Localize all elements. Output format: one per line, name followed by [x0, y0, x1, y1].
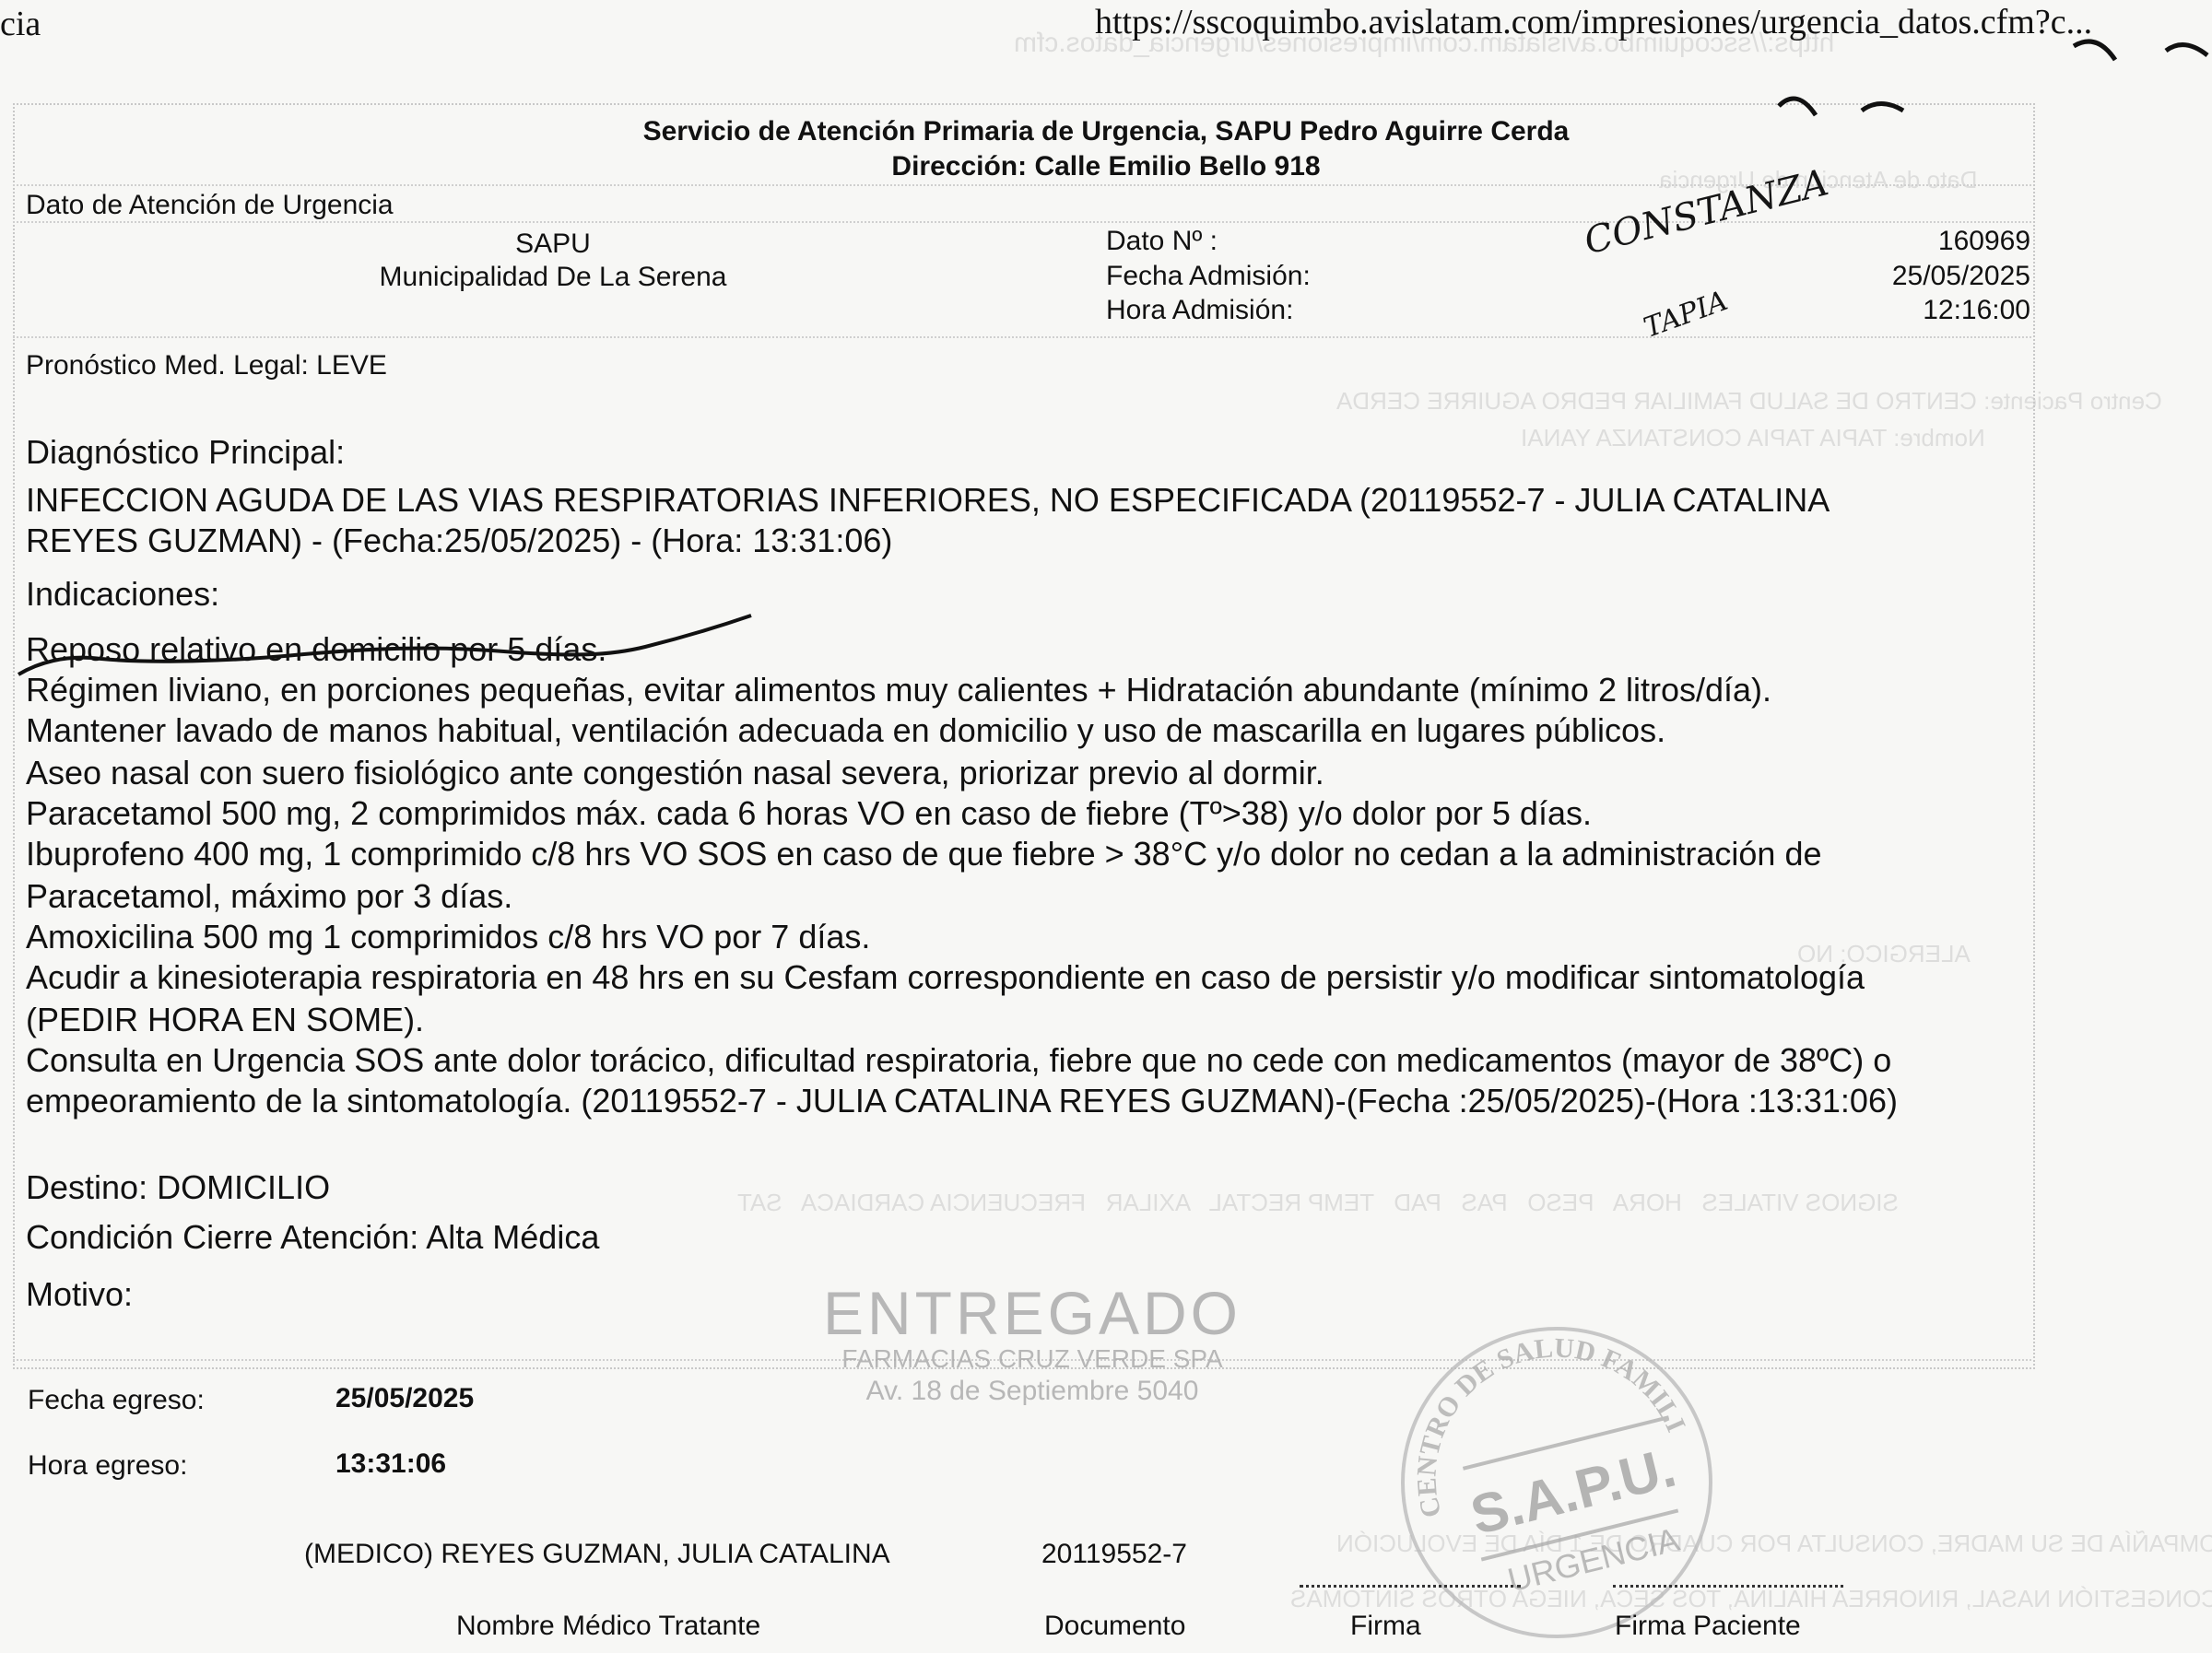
institution-name: SAPU	[323, 229, 783, 260]
label-firma: Firma	[1350, 1611, 1421, 1642]
label-firma-paciente: Firma Paciente	[1615, 1611, 1801, 1642]
indicacion-item: empeoramiento de la sintomatología. (201…	[26, 1082, 1898, 1120]
dato-value: 160969	[1751, 226, 2030, 257]
indicacion-item: Paracetamol, máximo por 3 días.	[26, 877, 512, 916]
section-label: Dato de Atención de Urgencia	[26, 190, 394, 221]
firma-paciente-line	[1613, 1585, 1843, 1588]
diagnostico-line1: INFECCION AGUDA DE LAS VIAS RESPIRATORIA…	[26, 481, 1830, 520]
pen-mark	[1770, 88, 1917, 124]
indicacion-item: Consulta en Urgencia SOS ante dolor torá…	[26, 1041, 1891, 1080]
diagnostico-label: Diagnóstico Principal:	[26, 433, 345, 472]
destino: Destino: DOMICILIO	[26, 1168, 330, 1207]
indicacion-item: Ibuprofeno 400 mg, 1 comprimido c/8 hrs …	[26, 835, 1822, 873]
entregado-stamp-address: Av. 18 de Septiembre 5040	[811, 1375, 1253, 1408]
label-documento: Documento	[1044, 1611, 1185, 1642]
condicion-cierre: Condición Cierre Atención: Alta Médica	[26, 1218, 599, 1257]
indicacion-item: Amoxicilina 500 mg 1 comprimidos c/8 hrs…	[26, 918, 870, 956]
firma-line	[1300, 1585, 1521, 1588]
hora-admision-label: Hora Admisión:	[1106, 295, 1293, 326]
label-nombre-medico: Nombre Médico Tratante	[456, 1611, 760, 1642]
hora-admision-value: 12:16:00	[1751, 295, 2030, 326]
medico-nombre: (MEDICO) REYES GUZMAN, JULIA CATALINA	[304, 1539, 890, 1570]
indicacion-item: (PEDIR HORA EN SOME).	[26, 1001, 424, 1039]
print-header-url[interactable]: https://sscoquimbo.avislatam.com/impresi…	[1095, 2, 2092, 42]
entregado-stamp-company: FARMACIAS CRUZ VERDE SPA	[811, 1343, 1253, 1375]
entregado-stamp: ENTREGADO FARMACIAS CRUZ VERDE SPA Av. 1…	[811, 1283, 1253, 1408]
fecha-egreso-label: Fecha egreso:	[28, 1385, 205, 1416]
pen-mark	[2065, 28, 2212, 74]
document-address: Dirección: Calle Emilio Bello 918	[0, 151, 2212, 182]
fecha-admision-value: 25/05/2025	[1751, 261, 2030, 292]
indicacion-item: Acudir a kinesioterapia respiratoria en …	[26, 958, 1865, 997]
hora-egreso-label: Hora egreso:	[28, 1450, 187, 1482]
motivo: Motivo:	[26, 1275, 133, 1314]
diagnostico-line2: REYES GUZMAN) - (Fecha:25/05/2025) - (Ho…	[26, 522, 892, 560]
medico-documento: 20119552-7	[1041, 1539, 1187, 1570]
entregado-stamp-title: ENTREGADO	[811, 1283, 1253, 1343]
indicacion-item: Aseo nasal con suero fisiológico ante co…	[26, 754, 1324, 792]
indicacion-item: Mantener lavado de manos habitual, venti…	[26, 711, 1665, 750]
handwritten-underline	[0, 608, 765, 682]
print-header-left: cia	[0, 4, 41, 44]
dato-label: Dato Nº :	[1106, 226, 1218, 257]
divider	[13, 336, 2031, 338]
indicacion-item: Paracetamol 500 mg, 2 comprimidos máx. c…	[26, 794, 1592, 833]
sapu-stamp: CENTRO DE SALUD FAMILIAR S.A.P.U. URGENC…	[1401, 1327, 1712, 1638]
pronostico: Pronóstico Med. Legal: LEVE	[26, 350, 387, 381]
fecha-egreso-value: 25/05/2025	[335, 1383, 474, 1414]
institution-municipality: Municipalidad De La Serena	[323, 262, 783, 293]
fecha-admision-label: Fecha Admisión:	[1106, 261, 1311, 292]
hora-egreso-value: 13:31:06	[335, 1448, 446, 1480]
